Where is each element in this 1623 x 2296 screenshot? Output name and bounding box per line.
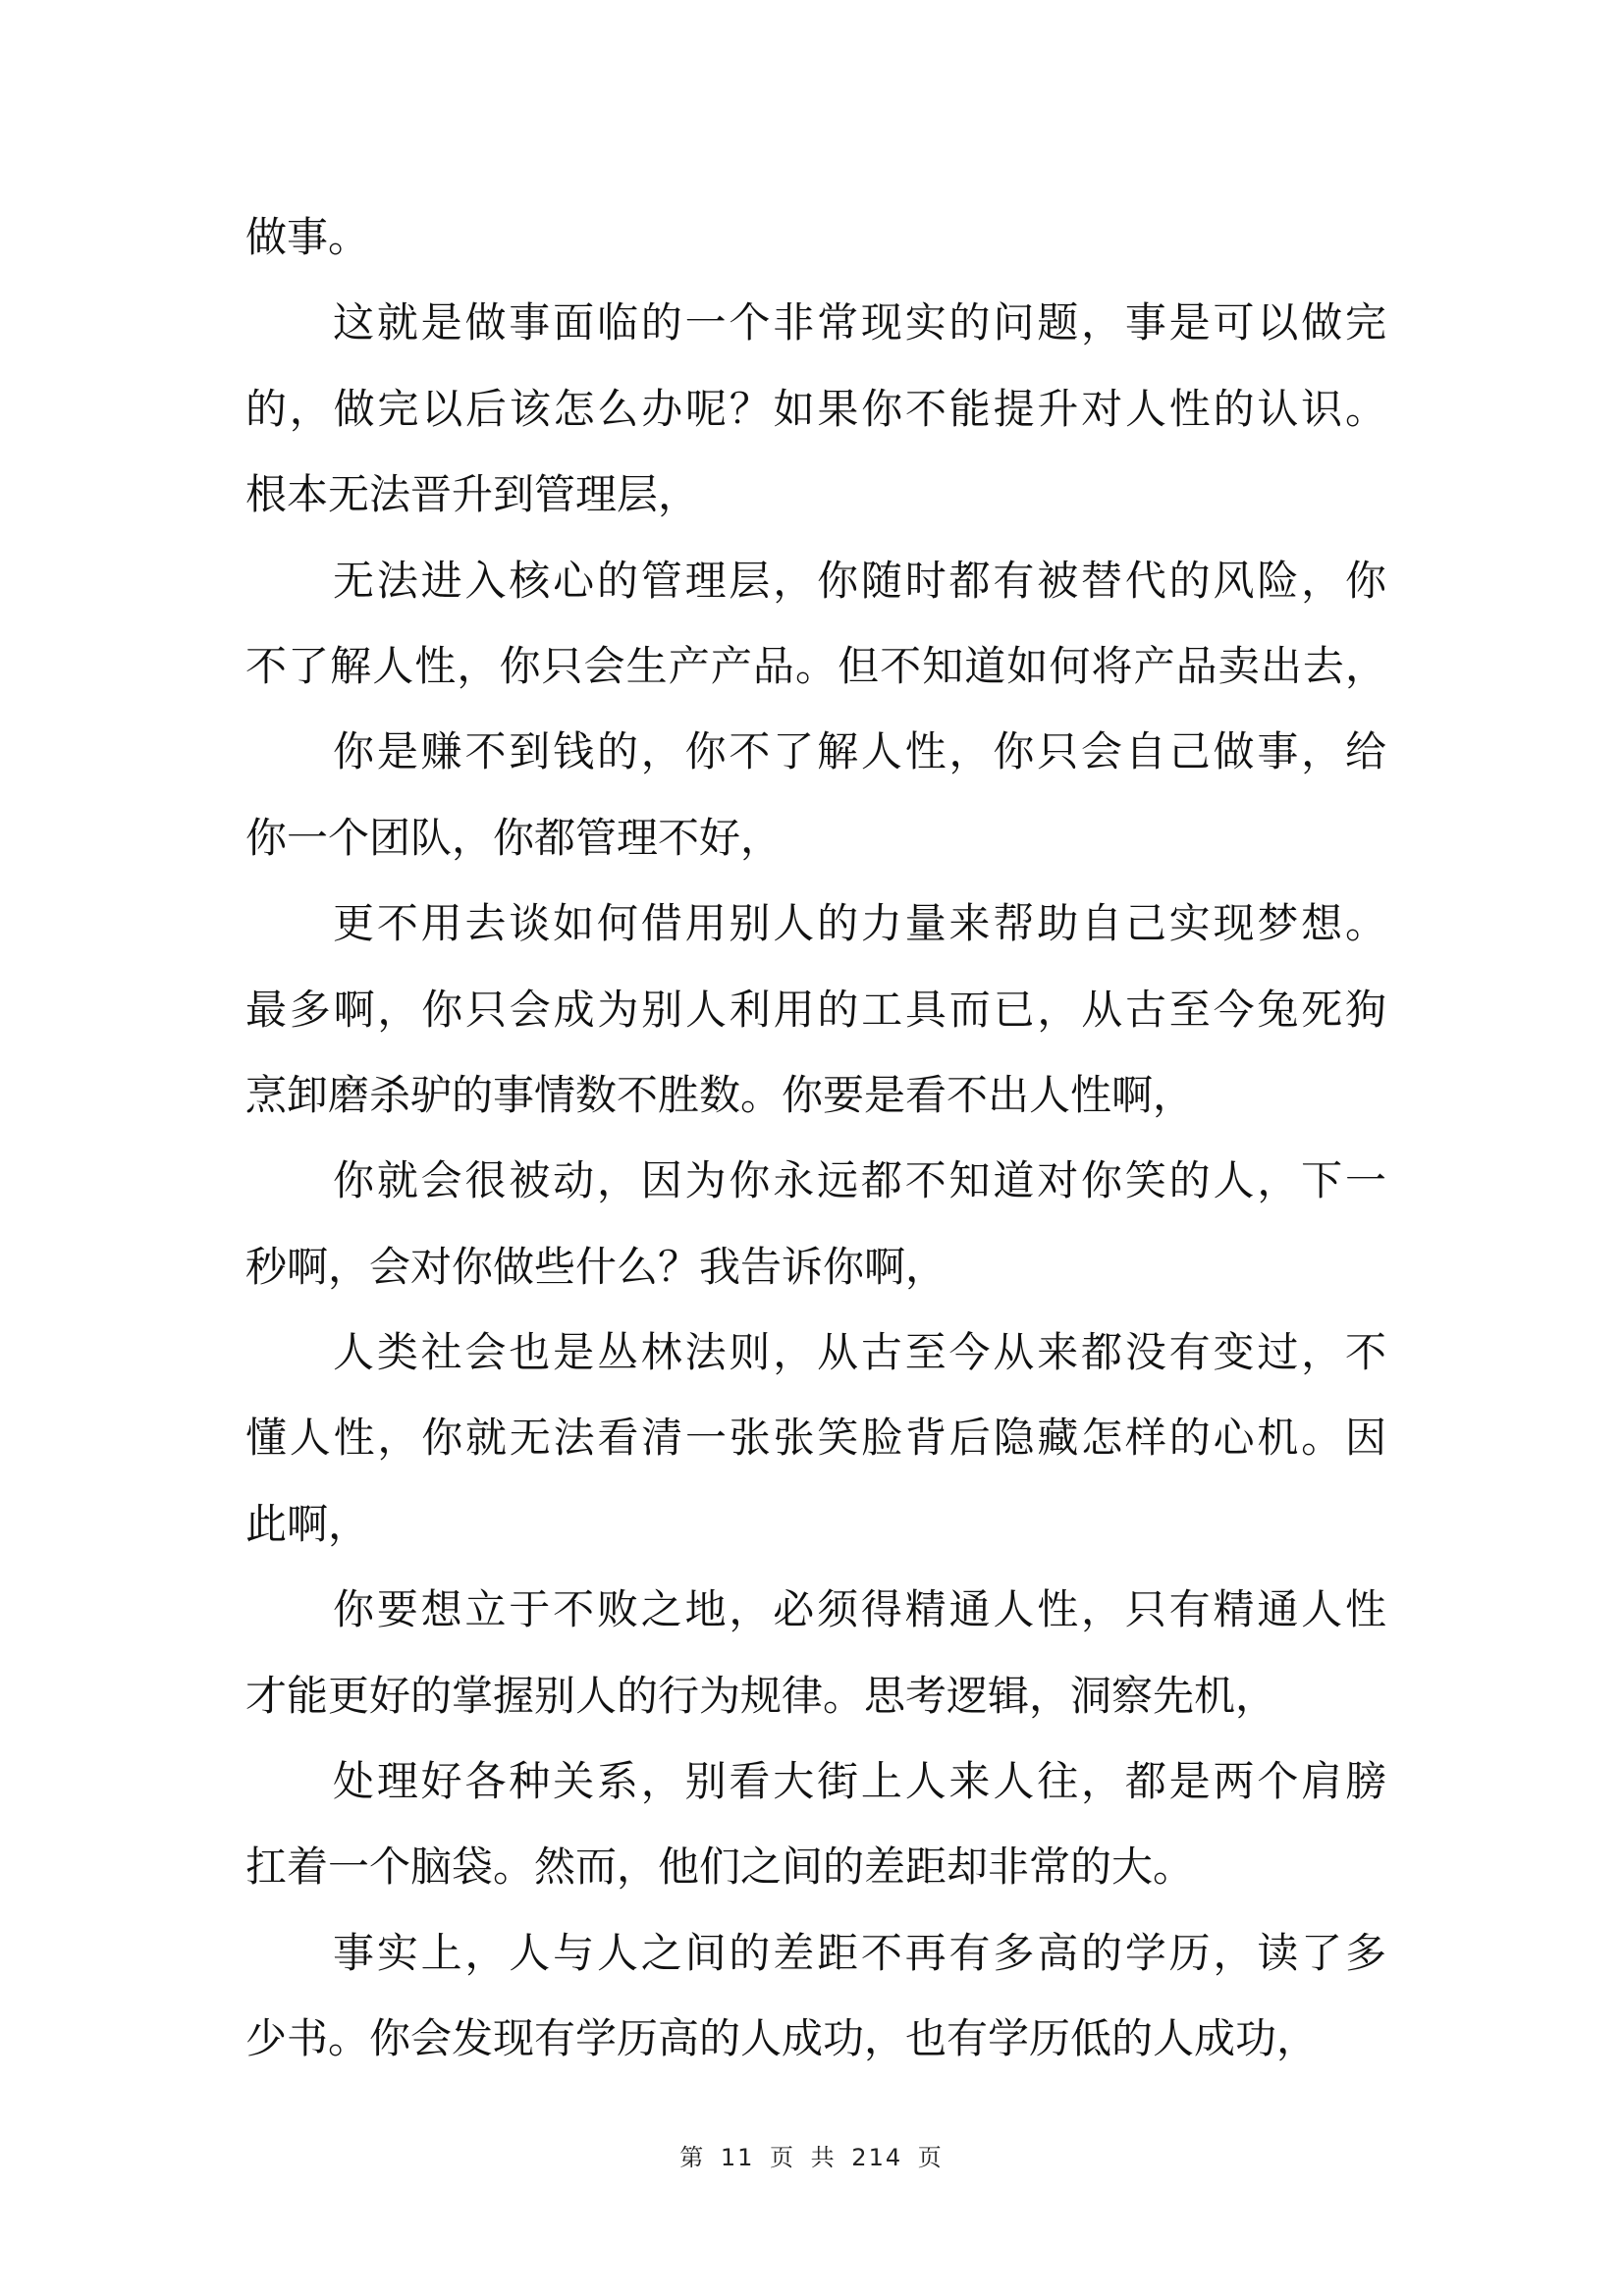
text-line: 才能更好的掌握别人的行为规律。思考逻辑，洞察先机， (245, 1668, 1386, 1753)
text-line: 秒啊，会对你做些什么？我告诉你啊， (245, 1239, 1386, 1324)
text-line: 不了解人性，你只会生产产品。但不知道如何将产品卖出去， (245, 638, 1386, 723)
text-line: 处理好各种关系，别看大街上人来人往，都是两个肩膀 (245, 1753, 1386, 1839)
text-line: 这就是做事面临的一个非常现实的问题，事是可以做完 (245, 294, 1386, 380)
document-page: 做事。这就是做事面临的一个非常现实的问题，事是可以做完的，做完以后该怎么办呢？如… (0, 0, 1623, 2296)
page-footer: 第 11 页 共 214 页 (0, 2138, 1623, 2172)
text-line: 的，做完以后该怎么办呢？如果你不能提升对人性的认识。 (245, 381, 1386, 466)
text-line: 事实上，人与人之间的差距不再有多高的学历，读了多 (245, 1925, 1386, 2010)
text-line: 扛着一个脑袋。然而，他们之间的差距却非常的大。 (245, 1839, 1386, 1924)
text-line: 人类社会也是丛林法则，从古至今从来都没有变过，不 (245, 1324, 1386, 1410)
text-line: 你是赚不到钱的，你不了解人性，你只会自己做事，给 (245, 723, 1386, 809)
body-text: 做事。这就是做事面临的一个非常现实的问题，事是可以做完的，做完以后该怎么办呢？如… (245, 209, 1386, 2097)
text-line: 无法进入核心的管理层，你随时都有被替代的风险，你 (245, 553, 1386, 638)
text-line: 做事。 (245, 209, 1386, 294)
text-line: 你就会很被动，因为你永远都不知道对你笑的人，下一 (245, 1152, 1386, 1238)
text-line: 最多啊，你只会成为别人利用的工具而已，从古至今兔死狗 (245, 982, 1386, 1067)
text-line: 懂人性，你就无法看清一张张笑脸背后隐藏怎样的心机。因 (245, 1410, 1386, 1495)
text-line: 你要想立于不败之地，必须得精通人性，只有精通人性 (245, 1581, 1386, 1667)
text-line: 你一个团队，你都管理不好， (245, 810, 1386, 895)
text-line: 少书。你会发现有学历高的人成功，也有学历低的人成功， (245, 2010, 1386, 2096)
text-line: 此啊， (245, 1496, 1386, 1581)
text-line: 更不用去谈如何借用别人的力量来帮助自己实现梦想。 (245, 895, 1386, 981)
text-line: 烹卸磨杀驴的事情数不胜数。你要是看不出人性啊， (245, 1067, 1386, 1152)
text-line: 根本无法晋升到管理层， (245, 466, 1386, 552)
